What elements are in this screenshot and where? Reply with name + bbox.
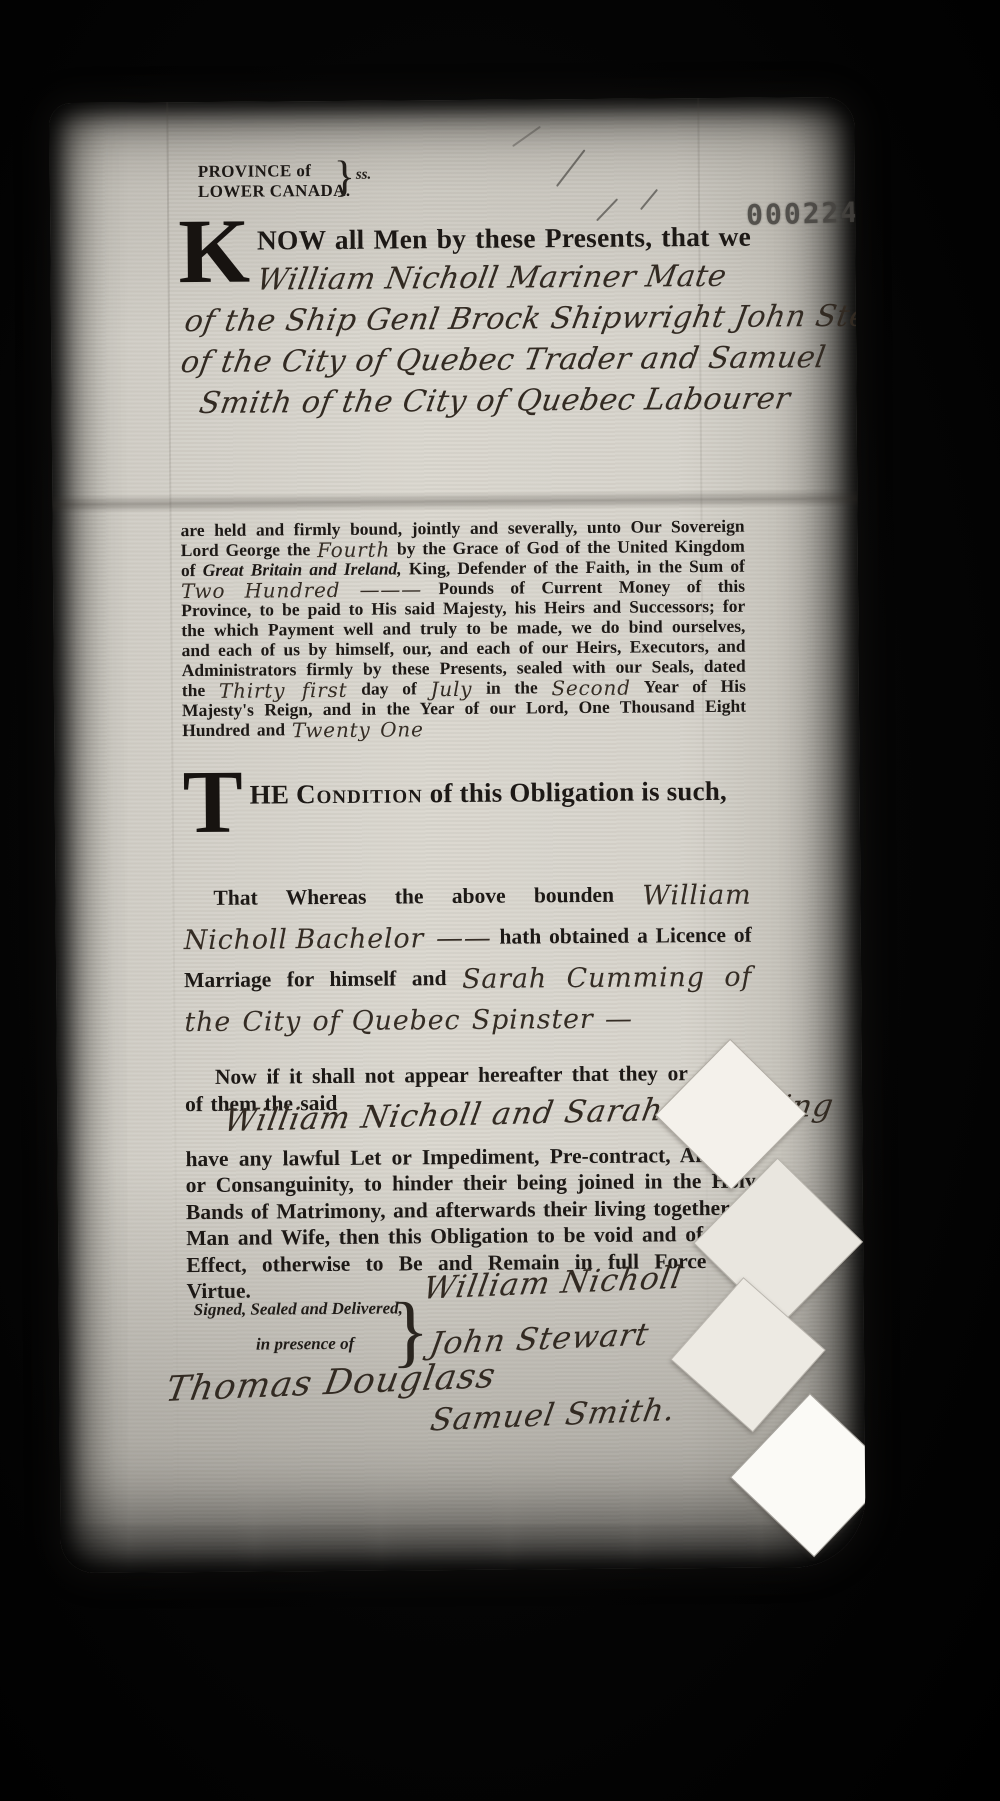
pencil-mark: [556, 149, 586, 187]
bond-text-5: day of: [347, 678, 430, 699]
condition-heading-text: HE Condition of this Obligation is such,: [182, 759, 790, 811]
fold-line: [166, 102, 180, 1572]
obligor-signature-2: John Stewart: [427, 1317, 652, 1362]
attestation-clause: Signed, Sealed and Delivered, in presenc…: [194, 1298, 404, 1355]
know-heading: NOW all Men by these Presents, that we: [178, 207, 786, 257]
handwritten-obligor-line-4: Smith of the City of Quebec Labourer: [196, 378, 791, 424]
handwritten-obligor-line-2: of the Ship Genl Brock Shipwright John S…: [182, 296, 791, 342]
opening-section: K NOW all Men by these Presents, that we…: [178, 207, 788, 424]
dropcap-t: T: [182, 764, 250, 841]
jurat-abbreviation: ss.: [356, 167, 372, 184]
bond-text-3: King, Defender of the Faith, in the Sum …: [402, 555, 745, 578]
attestation-line-1: Signed, Sealed and Delivered,: [194, 1298, 403, 1320]
pencil-mark: [640, 189, 658, 210]
condition-heading-rest: of this Obligation is such,: [423, 776, 727, 808]
bond-paragraph: are held and firmly bound, jointly and s…: [181, 515, 747, 739]
whereas-paragraph: That Whereas the above bounden William N…: [183, 873, 752, 1041]
attestation-line-2: in presence of: [256, 1333, 403, 1354]
pencil-mark: [512, 126, 541, 147]
whereas-text-1: That Whereas the above bounden: [213, 882, 642, 909]
microfilm-background: PROVINCE of LOWER CANADA. } ss. 000224 K…: [0, 0, 1000, 1801]
jurat-brace: }: [334, 151, 356, 202]
handwritten-year: Twenty One: [292, 717, 424, 742]
handwritten-groom-status: Bachelor ——: [295, 922, 491, 955]
condition-heading-he: HE: [250, 779, 297, 809]
province-caption: PROVINCE of LOWER CANADA.: [198, 161, 351, 202]
province-line2: LOWER CANADA.: [198, 181, 351, 202]
document-page: PROVINCE of LOWER CANADA. } ss. 000224 K…: [49, 97, 866, 1573]
bond-text-6: in the: [472, 677, 551, 698]
paper-crease: [52, 489, 857, 513]
handwritten-obligor-line-1: William Nicholl Mariner Mate: [203, 255, 790, 301]
province-line1: PROVINCE of: [198, 161, 351, 182]
condition-heading: T HE Condition of this Obligation is suc…: [182, 759, 791, 840]
obligor-signature-3: Samuel Smith.: [428, 1392, 679, 1438]
condition-word: Condition: [296, 778, 423, 809]
handwritten-obligor-line-3: of the City of Quebec Trader and Samuel: [178, 337, 791, 383]
